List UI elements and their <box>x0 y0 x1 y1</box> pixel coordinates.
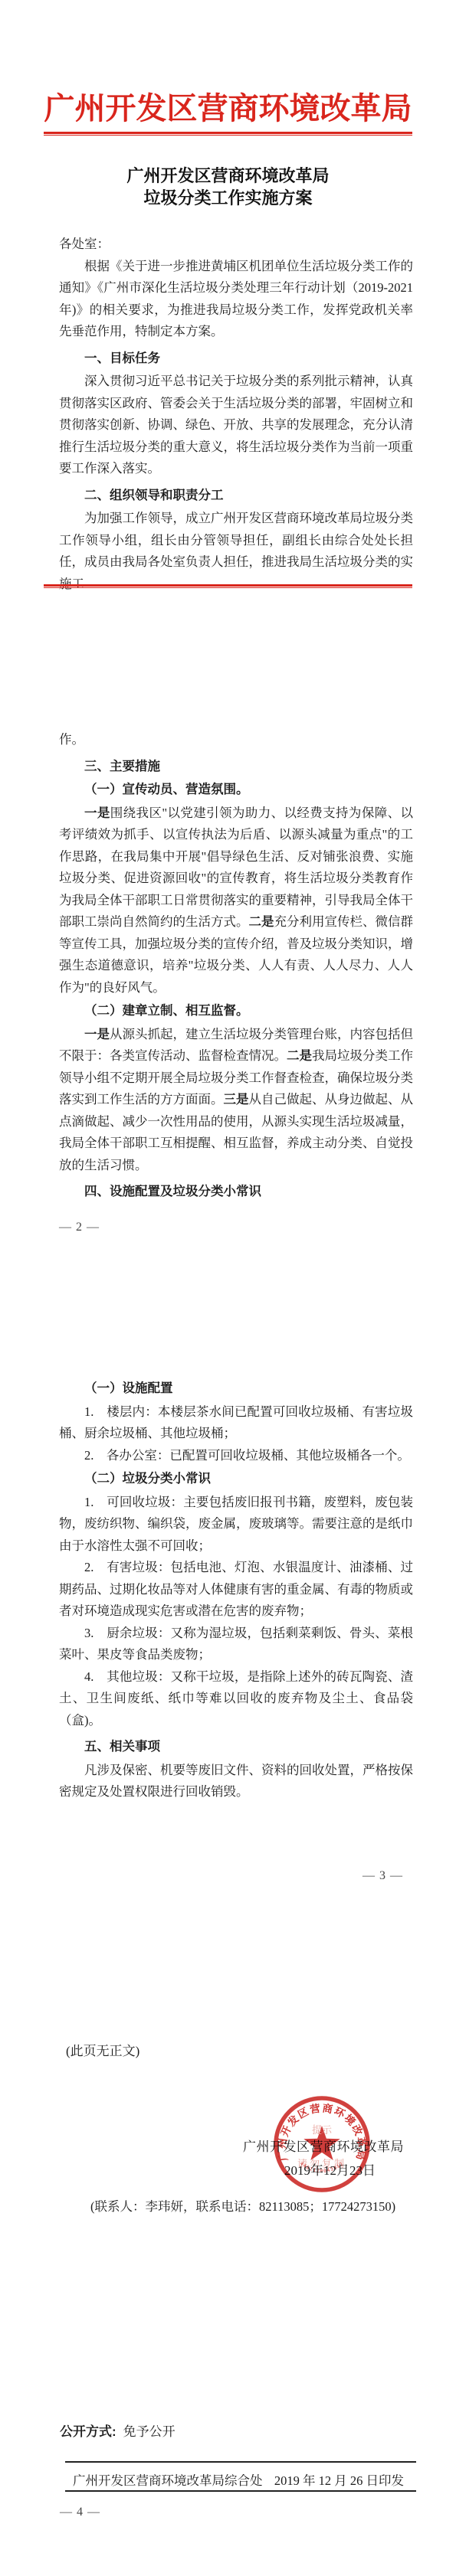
section-heading: 三、主要措施 <box>59 756 413 778</box>
list-item: 4. 其他垃圾：又称干垃圾，是指除上述外的砖瓦陶瓷、渣土、卫生间废纸、纸巾等难以… <box>59 1666 413 1732</box>
text-run: 3. 厨余垃圾：又称为湿垃圾，包括剩菜剩饭、骨头、菜根菜叶、果皮等食品类废物； <box>59 1626 413 1662</box>
list-item: 1. 楼层内：本楼层茶水间已配置可回收垃圾桶、有害垃圾桶、厨余垃圾桶、其他垃圾桶… <box>59 1401 413 1445</box>
text-run: （一）设施配置 <box>84 1381 173 1395</box>
paragraph: 为加强工作领导，成立广州开发区营商环境改革局垃圾分类工作领导小组，组长由分管领导… <box>59 508 413 595</box>
text-run: 一、目标任务 <box>84 351 160 365</box>
sub-heading: （二）建章立制、相互监督。 <box>59 1000 413 1022</box>
official-document: 广州开发区营商环境改革局 广州开发区营商环境改革局 垃圾分类工作实施方案 各处室… <box>0 0 456 2576</box>
emphasis-run: 二是 <box>287 1049 312 1063</box>
section-heading: 四、设施配置及垃圾分类小常识 <box>59 1181 413 1203</box>
text-run: 4. 其他垃圾：又称干垃圾，是指除上述外的砖瓦陶瓷、渣土、卫生间废纸、纸巾等难以… <box>59 1669 413 1728</box>
list-item: 1. 可回收垃圾：主要包括废旧报刊书籍，废塑料，废包装物，废纺织物、编织袋，废金… <box>59 1492 413 1558</box>
paragraph: 作。 <box>59 729 413 751</box>
disclosure-label: 公开方式: <box>60 2424 116 2439</box>
emphasis-run: 一是 <box>84 806 110 820</box>
page1-body-top: 各处室：根据《关于进一步推进黄埔区机团单位生活垃圾分类工作的通知》《广州市深化生… <box>59 234 413 595</box>
text-run: 1. 可回收垃圾：主要包括废旧报刊书籍，废塑料，废包装物，废纺织物、编织袋，废金… <box>59 1495 413 1553</box>
paragraph: 深入贯彻习近平总书记关于垃圾分类的系列批示精神，认真贯彻落实区政府、管委会关于生… <box>59 371 413 480</box>
document-title-line1: 广州开发区营商环境改革局 <box>44 165 412 187</box>
text-run: 四、设施配置及垃圾分类小常识 <box>84 1185 261 1198</box>
text-run: 凡涉及保密、机要等废旧文件、资料的回收处置，严格按保密规定及处置权限进行回收销毁… <box>59 1763 413 1800</box>
emphasis-run: 二是 <box>249 915 274 929</box>
text-run: 深入贯彻习近平总书记关于垃圾分类的系列批示精神，认真贯彻落实区政府、管委会关于生… <box>59 374 413 476</box>
list-item: 2. 各办公室：已配置可回收垃圾桶、其他垃圾桶各一个。 <box>59 1445 413 1467</box>
section-heading: 五、相关事项 <box>59 1736 413 1758</box>
emphasis-run: 一是 <box>84 1028 110 1041</box>
text-run: 围绕我区"以党建引领为助力、以经费支持为保障、以考评绩效为抓手、以宣传执法为后盾… <box>59 806 413 930</box>
sub-heading: （一）宣传动员、营造氛围。 <box>59 779 413 801</box>
text-run: 根据《关于进一步推进黄埔区机团单位生活垃圾分类工作的通知》《广州市深化生活垃圾分… <box>59 259 413 339</box>
seal-hint-top: 提示 <box>312 2124 333 2136</box>
imprint-bottom-rule <box>65 2490 416 2492</box>
letterhead-red-rule <box>44 132 412 136</box>
text-run: 为加强工作领导，成立广州开发区营商环境改革局垃圾分类工作领导小组，组长由分管领导… <box>59 511 413 591</box>
issuing-office: 广州开发区营商环境改革局综合处 <box>73 2470 263 2489</box>
document-title: 广州开发区营商环境改革局 垃圾分类工作实施方案 <box>44 165 412 209</box>
page-number-2: — 2 — <box>59 1221 413 1234</box>
signature-date: 2019年12月23日 <box>284 2159 376 2179</box>
paragraph: 根据《关于进一步推进黄埔区机团单位生活垃圾分类工作的通知》《广州市深化生活垃圾分… <box>59 256 413 343</box>
sub-heading: （二）垃圾分类小常识 <box>59 1468 413 1490</box>
text-run: 作。 <box>59 732 84 747</box>
imprint-line: 广州开发区营商环境改革局综合处 2019 年 12 月 26 日印发 <box>65 2469 416 2490</box>
paragraph: 一是围绕我区"以党建引领为助力、以经费支持为保障、以考评绩效为抓手、以宣传执法为… <box>59 803 413 999</box>
list-item: 2. 有害垃圾：包括电池、灯泡、水银温度计、油漆桶、过期药品、过期化妆品等对人体… <box>59 1557 413 1623</box>
list-item: 3. 厨余垃圾：又称为湿垃圾，包括剩菜剩饭、骨头、菜根菜叶、果皮等食品类废物； <box>59 1623 413 1666</box>
letterhead-issuer-title: 广州开发区营商环境改革局 <box>44 89 412 129</box>
text-run: 2. 有害垃圾：包括电池、灯泡、水银温度计、油漆桶、过期药品、过期化妆品等对人体… <box>59 1560 413 1618</box>
page2-body: （一）设施配置1. 楼层内：本楼层茶水间已配置可回收垃圾桶、有害垃圾桶、厨余垃圾… <box>59 1376 413 1803</box>
section-heading: 二、组织领导和职责分工 <box>59 485 413 507</box>
sub-heading: （一）设施配置 <box>59 1378 413 1400</box>
contact-info: (联系人：李玮妍，联系电话：82113085；17724273150) <box>90 2196 395 2215</box>
emphasis-run: 三是 <box>224 1093 249 1107</box>
text-run: （二）建章立制、相互监督。 <box>84 1004 249 1018</box>
text-run: 二、组织领导和职责分工 <box>84 489 224 502</box>
text-run: 五、相关事项 <box>84 1740 160 1754</box>
disclosure-method: 公开方式:免予公开 <box>60 2421 176 2440</box>
page1-body-bottom: 作。三、主要措施（一）宣传动员、营造氛围。一是围绕我区"以党建引领为助力、以经费… <box>59 729 413 1205</box>
text-run: 各处室： <box>59 237 110 251</box>
section-heading: 一、目标任务 <box>59 348 413 370</box>
imprint-top-rule <box>65 2461 416 2463</box>
text-run: 2. 各办公室：已配置可回收垃圾桶、其他垃圾桶各一个。 <box>84 1448 410 1463</box>
paragraph: 凡涉及保密、机要等废旧文件、资料的回收处置，严格按保密规定及处置权限进行回收销毁… <box>59 1760 413 1803</box>
page-separator-red-rule <box>44 584 412 588</box>
paragraph: 一是从源头抓起，建立生活垃圾分类管理台账，内容包括但不限于：各类宣传活动、监督检… <box>59 1024 413 1177</box>
paragraph: 各处室： <box>59 234 413 256</box>
print-date: 2019 年 12 月 26 日印发 <box>274 2470 404 2489</box>
page-number-4: — 4 — <box>60 2506 414 2519</box>
text-run: 三、主要措施 <box>84 760 160 773</box>
signature-organization: 广州开发区营商环境改革局 <box>243 2136 404 2155</box>
text-run: 1. 楼层内：本楼层茶水间已配置可回收垃圾桶、有害垃圾桶、厨余垃圾桶、其他垃圾桶… <box>59 1404 413 1441</box>
disclosure-value: 免予公开 <box>123 2424 176 2439</box>
text-run: （二）垃圾分类小常识 <box>84 1472 211 1486</box>
document-title-line2: 垃圾分类工作实施方案 <box>44 187 412 209</box>
no-body-text-note: (此页无正文) <box>66 2040 139 2059</box>
page-number-3: — 3 — <box>59 1869 413 1883</box>
text-run: （一）宣传动员、营造氛围。 <box>84 783 249 796</box>
